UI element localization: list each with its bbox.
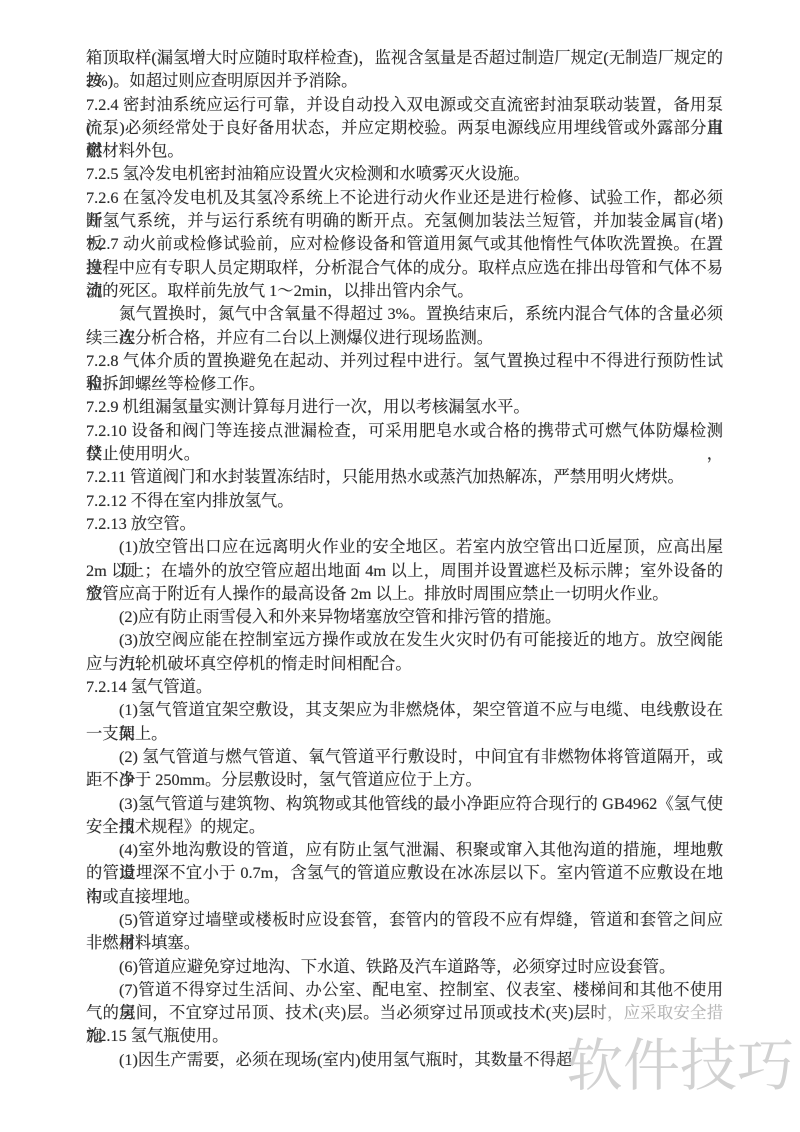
text-line: 7.2.9 机组漏氢量实测计算每月进行一次，用以考核漏氢水平。 [86,395,723,418]
text-line: 距不少于 250mm。分层敷设时，氢气管道应位于上方。 [86,768,723,791]
text-line: 燃材料外包。 [86,139,723,162]
text-line: 2%)。如超过则应查明原因并予消除。 [86,69,723,92]
text-line: 应与汽轮机破坏真空停机的惰走时间相配合。 [86,652,723,675]
text-line: 7.2.8 气体介质的置换避免在起动、并列过程中进行。氢气置换过程中不得进行预防… [86,349,723,372]
text-line: 7.2.15 氢气瓶使用。 [86,1024,723,1047]
text-line: 7.2.14 氢气管道。 [86,675,723,698]
text-line: 7.2.5 氢冷发电机密封油箱应设置火灾检测和水喷雾灭火设施。 [86,162,723,185]
text-line: 7.2.7 动火前或检修试验前，应对检修设备和管道用氮气或其他惰性气体吹洗置换。… [86,232,723,255]
text-line: 过程中应有专职人员定期取样，分析混合气体的成分。取样点应选在排出母管和气体不易流 [86,256,723,279]
text-line: 中或直接埋地。 [86,885,723,908]
text-line: 流泵)必须经常处于良好备用状态，并应定期校验。两泵电源线应用埋线管或外露部分用耐 [86,116,723,139]
text-line: 和拆卸螺丝等检修工作。 [86,372,723,395]
text-line: 7.2.13 放空管。 [86,512,723,535]
text-line: 开氢气系统，并与运行系统有明确的断开点。充氢侧加装法兰短管，并加装金属盲(堵)板… [86,209,723,232]
text-line: 安全技术规程》的规定。 [86,815,723,838]
text-line: 2m 以上；在墙外的放空管应超出地面 4m 以上，周围并设置遮栏及标示牌；室外设… [86,559,723,582]
text-line: 续三次分析合格，并应有二台以上测爆仪进行现场监测。 [86,326,723,349]
text-line: (1)放空管出口应在远离明火作业的安全地区。若室内放空管出口近屋顶，应高出屋顶 [86,535,723,558]
text-line: 的管道埋深不宜小于 0.7m，含氢气的管道应敷设在冰冻层以下。室内管道不应敷设在… [86,861,723,884]
document-text: 箱顶取样(漏氢增大时应随时取样检查)，监视含氢量是否超过制造厂规定(无制造厂规定… [86,46,723,1071]
text-line: 7.2.10 设备和阀门等连接点泄漏检查，可采用肥皂水或合格的携带式可燃气体防爆… [86,419,723,442]
document-page: 箱顶取样(漏氢增大时应随时取样检查)，监视含氢量是否超过制造厂规定(无制造厂规定… [0,0,800,1132]
text-line: 7.2.4 密封油系统应运行可靠，并设自动投入双电源或交直流密封油泵联动装置，备… [86,93,723,116]
text-line: (6)管道应避免穿过地沟、下水道、铁路及汽车道路等，必须穿过时应设套管。 [86,955,723,978]
text-line: (7)管道不得穿过生活间、办公室、配电室、控制室、仪表室、楼梯间和其他不使用氢 [86,978,723,1001]
text-line: (1)氢气管道宜架空敷设，其支架应为非燃烧体，架空管道不应与电缆、电线敷设在同 [86,698,723,721]
text-line: 7.2.11 管道阀门和水封装置冻结时，只能用热水或蒸汽加热解冻，严禁用明火烤烘… [86,465,723,488]
text-line: 非燃材料填塞。 [86,931,723,954]
text-line: 动的死区。取样前先放气 1～2min，以排出管内余气。 [86,279,723,302]
text-line: (2)应有防止雨雪侵入和外来异物堵塞放空管和排污管的措施。 [86,605,723,628]
text-line: (3)放空阀应能在控制室远方操作或放在发生火灾时仍有可能接近的地方。放空阀能力 [86,628,723,651]
text-line: 氮气置换时，氮气中含氧量不得超过 3%。置换结束后，系统内混合气体的含量必须连 [86,302,723,325]
text-line: 7.2.12 不得在室内排放氢气。 [86,489,723,512]
text-line: (4)室外地沟敷设的管道，应有防止氢气泄漏、积聚或窜入其他沟道的措施，埋地敷设 [86,838,723,861]
text-line: (1)因生产需要，必须在现场(室内)使用氢气瓶时，其数量不得超 [86,1048,723,1071]
text-line: 一支架上。 [86,722,723,745]
text-line: 箱顶取样(漏氢增大时应随时取样检查)，监视含氢量是否超过制造厂规定(无制造厂规定… [86,46,723,69]
text-line: (5)管道穿过墙壁或楼板时应设套管，套管内的管段不应有焊缝，管道和套管之间应用 [86,908,723,931]
text-line: (2) 氢气管道与燃气管道、氧气管道平行敷设时，中间宜有非燃物体将管道隔开，或净 [86,745,723,768]
text-line: 7.2.6 在氢冷发电机及其氢冷系统上不论进行动火作业还是进行检修、试验工作，都… [86,186,723,209]
text-line: (3)氢气管道与建筑物、构筑物或其他管线的最小净距应符合现行的 GB4962《氢… [86,792,723,815]
text-line: 气的房间，不宜穿过吊顶、技术(夹)层。当必须穿过吊顶或技术(夹)层时，应采取安全… [86,1001,723,1024]
text-line: 空管应高于附近有人操作的最高设备 2m 以上。排放时周围应禁止一切明火作业。 [86,582,723,605]
